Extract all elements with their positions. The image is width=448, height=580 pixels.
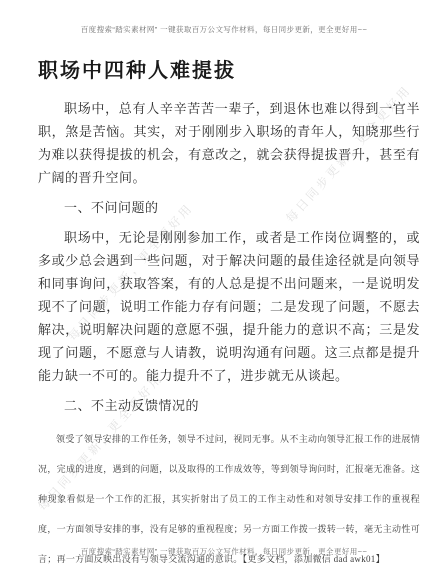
document-page: { "note": { "text": "百度搜索“踏实素材网” 一键获取百万公… [0, 0, 448, 580]
intro-paragraph: 职场中，总有人辛辛苦苦一辈子，到退休也难以得到一官半职，煞是苦恼。其实，对于刚刚… [38, 97, 420, 189]
section-heading-1: 一、不问问题的 [38, 196, 420, 219]
document-body: 职场中四种人难提拔 职场中，总有人辛辛苦苦一辈子，到退休也难以得到一官半职，煞是… [38, 54, 420, 574]
section-1-paragraph: 职场中，无论是刚刚参加工作，或者是工作岗位调整的，或多或少总会遇到一些问题，对于… [38, 226, 420, 387]
header-promo-text: 百度搜索“踏实素材网” 一键获取百万公文写作材料，每日同步更新，更全更好用~~ [0, 24, 448, 35]
section-heading-2: 二、不主动反馈情况的 [38, 394, 420, 417]
footer-promo-text: 百度搜索“踏实素材网” 一键获取百万公文写作材料，每日同步更新，更全更好用~~ [0, 546, 448, 557]
page-title: 职场中四种人难提拔 [38, 54, 420, 83]
